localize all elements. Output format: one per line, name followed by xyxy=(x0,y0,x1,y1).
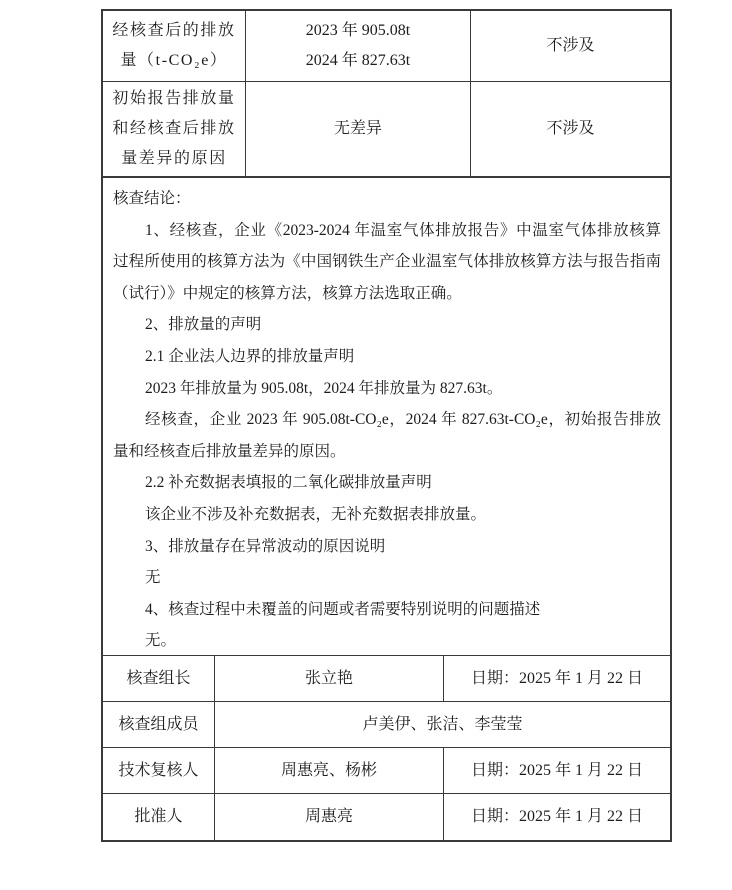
approver-name: 周惠亮 xyxy=(214,794,443,840)
table-row-team-leader: 核查组长 张立艳 日期：2025 年 1 月 22 日 xyxy=(103,655,670,701)
verification-conclusion-section: 核查结论： 1、经核查，企业《2023-2024 年温室气体排放报告》中温室气体… xyxy=(103,176,670,655)
conclusion-line: 2023 年排放量为 905.08t，2024 年排放量为 827.63t。 xyxy=(113,373,661,405)
conclusion-line: 4、核查过程中未覆盖的问题或者需要特别说明的问题描述 xyxy=(113,594,661,626)
verification-report-table: 经核查后的排放 量（t-CO₂e） 2023 年 905.08t 2024 年 … xyxy=(101,9,672,842)
conclusion-line: 2.2 补充数据表填报的二氧化碳排放量声明 xyxy=(113,467,661,499)
conclusion-line: 无 xyxy=(113,562,661,594)
table-row-difference-reason: 初始报告排放量 和经核查后排放 量差异的原因 无差异 不涉及 xyxy=(103,81,670,176)
difference-reason-label-line2: 和经核查后排放 xyxy=(112,114,235,144)
team-members-names: 卢美伊、张洁、李莹莹 xyxy=(214,702,670,747)
difference-reason-note: 不涉及 xyxy=(470,82,670,176)
verified-emissions-label-line2: 量（t-CO₂e） xyxy=(120,46,227,76)
verified-emissions-2023: 2023 年 905.08t xyxy=(306,16,410,46)
difference-reason-label: 初始报告排放量 和经核查后排放 量差异的原因 xyxy=(103,82,245,176)
team-leader-name: 张立艳 xyxy=(214,656,443,701)
conclusion-line: （试行）》中规定的核算方法，核算方法选取正确。 xyxy=(113,278,661,310)
conclusion-heading: 核查结论： xyxy=(113,183,661,215)
team-leader-date: 日期：2025 年 1 月 22 日 xyxy=(443,656,670,701)
table-row-approver: 批准人 周惠亮 日期：2025 年 1 月 22 日 xyxy=(103,793,670,840)
difference-reason-label-line1: 初始报告排放量 xyxy=(112,84,235,114)
table-row-team-members: 核查组成员 卢美伊、张洁、李莹莹 xyxy=(103,701,670,747)
conclusion-line: 3、排放量存在异常波动的原因说明 xyxy=(113,531,661,563)
conclusion-line: 1、经核查，企业《2023-2024 年温室气体排放报告》中温室气体排放核算 xyxy=(113,215,661,247)
verified-emissions-label-line1: 经核查后的排放 xyxy=(112,16,235,46)
technical-reviewer-role: 技术复核人 xyxy=(103,748,214,793)
team-leader-role: 核查组长 xyxy=(103,656,214,701)
technical-reviewer-date: 日期：2025 年 1 月 22 日 xyxy=(443,748,670,793)
verified-emissions-value: 2023 年 905.08t 2024 年 827.63t xyxy=(245,11,470,81)
conclusion-line: 无。 xyxy=(113,625,661,657)
table-row-technical-reviewer: 技术复核人 周惠亮、杨彬 日期：2025 年 1 月 22 日 xyxy=(103,747,670,793)
table-row-verified-emissions: 经核查后的排放 量（t-CO₂e） 2023 年 905.08t 2024 年 … xyxy=(103,11,670,81)
conclusion-line: 2、排放量的声明 xyxy=(113,309,661,341)
team-members-role: 核查组成员 xyxy=(103,702,214,747)
conclusion-line: 2.1 企业法人边界的排放量声明 xyxy=(113,341,661,373)
verified-emissions-label: 经核查后的排放 量（t-CO₂e） xyxy=(103,11,245,81)
technical-reviewer-names: 周惠亮、杨彬 xyxy=(214,748,443,793)
conclusion-line: 经核查，企业 2023 年 905.08t-CO₂e，2024 年 827.63… xyxy=(113,404,661,436)
verified-emissions-2024: 2024 年 827.63t xyxy=(306,46,410,76)
verified-emissions-note: 不涉及 xyxy=(470,11,670,81)
conclusion-line: 过程所使用的核算方法为《中国钢铁生产企业温室气体排放核算方法与报告指南 xyxy=(113,246,661,278)
difference-reason-label-line3: 量差异的原因 xyxy=(121,144,227,174)
approver-date: 日期：2025 年 1 月 22 日 xyxy=(443,794,670,840)
conclusion-line: 该企业不涉及补充数据表，无补充数据表排放量。 xyxy=(113,499,661,531)
document-page: 经核查后的排放 量（t-CO₂e） 2023 年 905.08t 2024 年 … xyxy=(0,0,732,890)
difference-reason-value: 无差异 xyxy=(245,82,470,176)
conclusion-line: 量和经核查后排放量差异的原因。 xyxy=(113,436,661,468)
approver-role: 批准人 xyxy=(103,794,214,840)
